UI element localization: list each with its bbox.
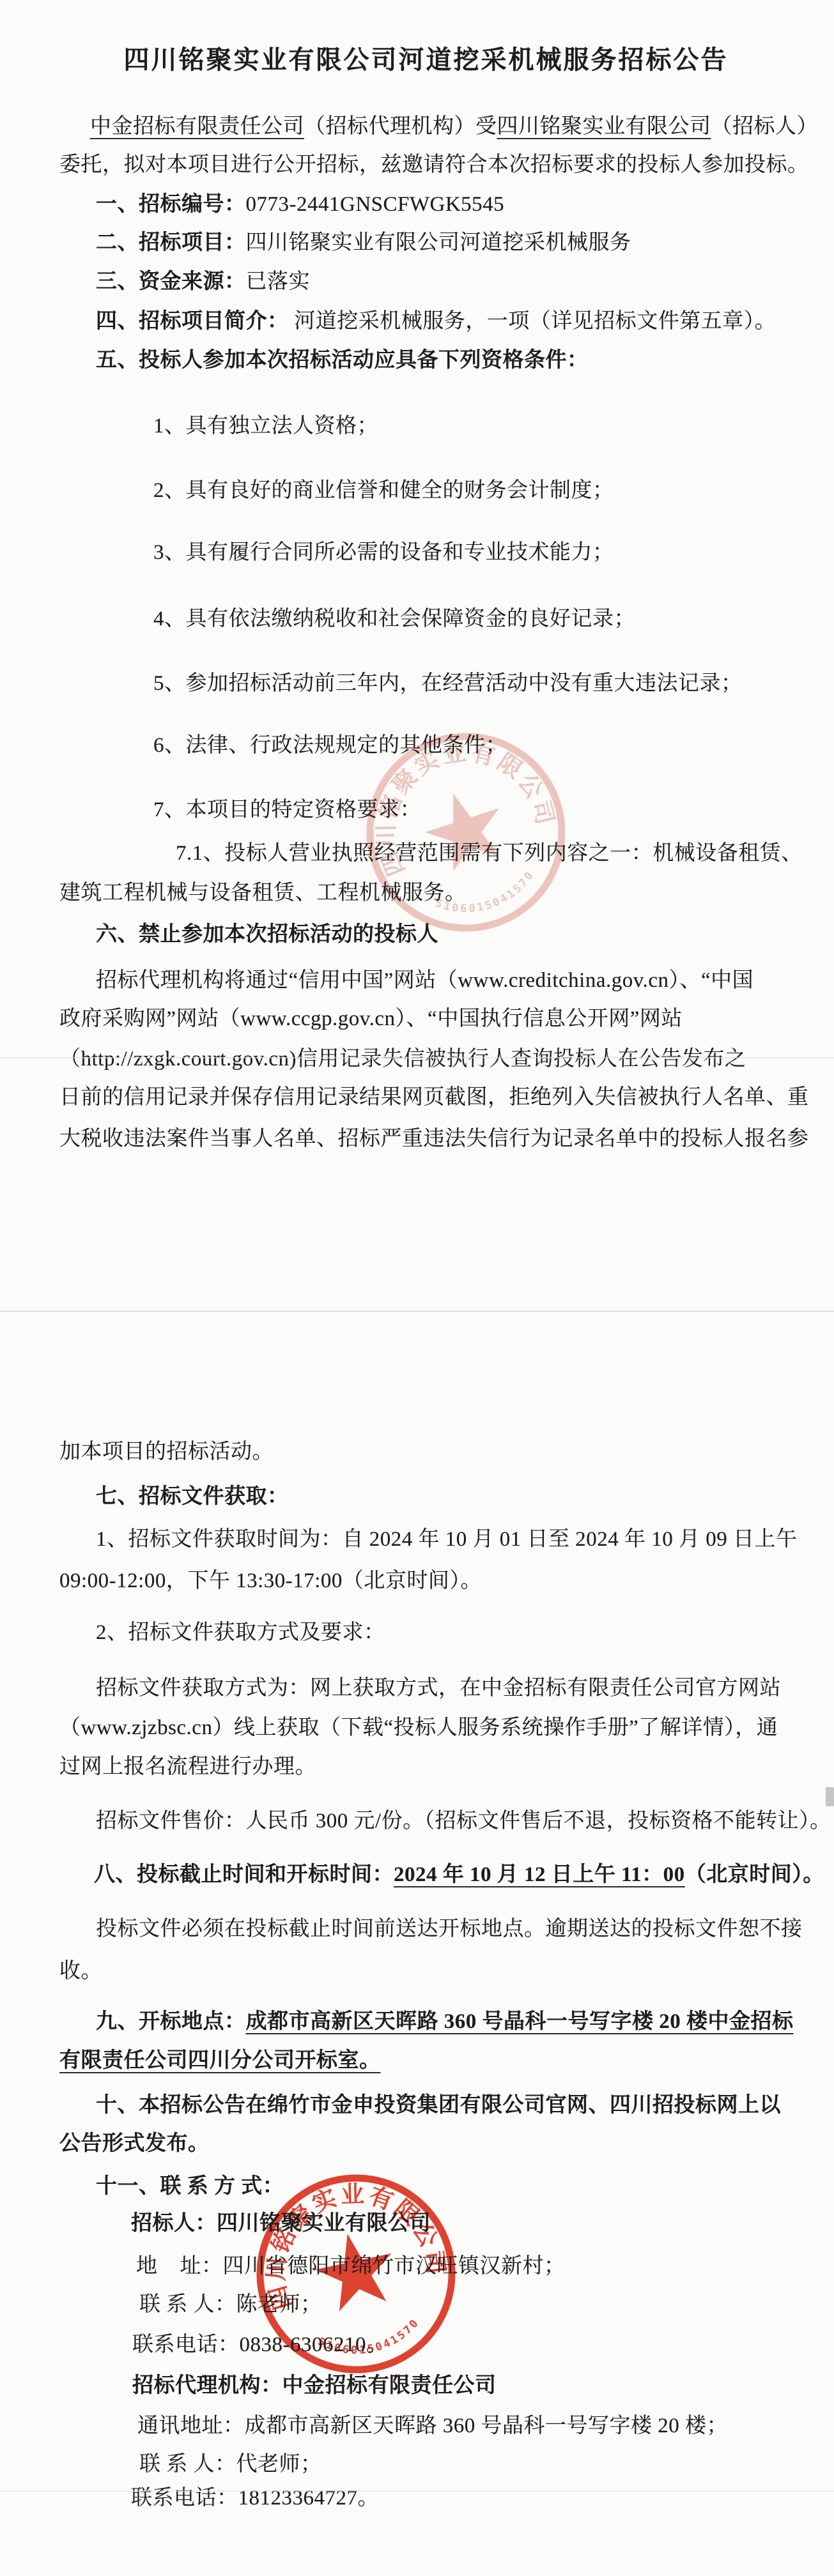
contact-agency-phone: 联系电话：18123364727。 xyxy=(131,2485,379,2511)
section7-method-line-2: （www.zjzbsc.cn）线上获取（下载“投标人服务系统操作手册”了解详情）… xyxy=(59,1715,778,1741)
section9-address-1: 成都市高新区天晖路 360 号晶科一号写字楼 20 楼中金招标 xyxy=(246,2010,794,2033)
section7-time-line-1: 1、招标文件获取时间为：自 2024 年 10 月 01 日至 2024 年 1… xyxy=(96,1527,798,1553)
section9-venue-line-2: 有限责任公司四川分公司开标室。 xyxy=(59,2048,381,2074)
contact-agency-address: 通讯地址：成都市高新区天晖路 360 号晶科一号写字楼 20 楼； xyxy=(137,2413,728,2439)
tenderer-name: 四川铭聚实业有限公司 xyxy=(497,115,711,138)
contact-tenderer: 招标人：四川铭聚实业有限公司 xyxy=(131,2211,431,2237)
intro-mid: （招标代理机构）受 xyxy=(304,115,497,138)
section9-venue-line-1: 九、开标地点：成都市高新区天晖路 360 号晶科一号写字楼 20 楼中金招标 xyxy=(96,2009,794,2035)
qualification-7: 7、本项目的特定资格要求： xyxy=(153,797,421,823)
section7-heading: 七、招标文件获取： xyxy=(96,1484,289,1510)
section6-heading: 六、禁止参加本次招标活动的投标人 xyxy=(96,922,438,948)
section10-line-1: 十、本招标公告在绵竹市金申投资集团有限公司官网、四川招投标网上以 xyxy=(96,2092,781,2119)
intro-line-1: 中金招标有限责任公司（招标代理机构）受四川铭聚实业有限公司（招标人） xyxy=(90,114,818,140)
scan-artifact-line xyxy=(0,1311,834,1312)
section7-method-line-3: 过网上报名流程进行办理。 xyxy=(59,1754,316,1780)
section8-deadline: 2024 年 10 月 12 日上午 11：00 xyxy=(394,1863,685,1886)
item-value: 河道挖采机械服务，一项（详见招标文件第五章）。 xyxy=(289,310,776,333)
section8-label: 八、投标截止时间和开标时间： xyxy=(94,1863,394,1886)
scanned-tender-announcement: { "page": { "background": "#fbfbf9", "in… xyxy=(0,0,834,2576)
contact-address: 地 址：四川省德阳市绵竹市汉旺镇汉新村； xyxy=(136,2253,566,2280)
qualification-4: 4、具有依法缴纳税收和社会保障资金的良好记录； xyxy=(153,606,635,632)
section7-time-line-2: 09:00-12:00，下午 13:30-17:00（北京时间）。 xyxy=(59,1568,482,1594)
item-value: 四川铭聚实业有限公司河道挖采机械服务 xyxy=(246,231,631,254)
item-fund-source: 三、资金来源：已落实 xyxy=(96,269,310,295)
page-title: 四川铭聚实业有限公司河道挖采机械服务招标公告 xyxy=(0,40,834,76)
contact-person: 联 系 人：陈老师； xyxy=(139,2292,322,2318)
section11-heading: 十一、联 系 方 式： xyxy=(96,2174,284,2200)
item-label: 三、资金来源： xyxy=(96,270,246,293)
item-value: 0773-2441GNSCFWGK5545 xyxy=(246,193,505,216)
qualification-3: 3、具有履行合同所必需的设备和专业技术能力； xyxy=(153,540,614,566)
section7-method-line-1: 招标文件获取方式为：网上获取方式，在中金招标有限责任公司官方网站 xyxy=(96,1675,781,1702)
section7-method-heading: 2、招标文件获取方式及要求： xyxy=(96,1620,385,1646)
contact-agency-person: 联 系 人：代老师； xyxy=(139,2451,322,2478)
section6-paragraph-line-5: 大税收违法案件当事人名单、招标严重违法失信行为记录名单中的投标人报名参 xyxy=(59,1126,809,1152)
section10-line-2: 公告形式发布。 xyxy=(59,2131,210,2157)
agency-name: 中金招标有限责任公司 xyxy=(90,115,304,138)
item-project-brief: 四、招标项目简介： 河道挖采机械服务，一项（详见招标文件第五章）。 xyxy=(96,309,776,335)
section8-note-line-1: 投标文件必须在投标截止时间前送达开标地点。逾期送达的投标文件恕不接 xyxy=(96,1916,803,1942)
section6-paragraph-line-6: 加本项目的招标活动。 xyxy=(59,1439,274,1465)
qualification-2: 2、具有良好的商业信誉和健全的财务会计制度； xyxy=(153,478,614,504)
item-label: 二、招标项目： xyxy=(96,231,246,254)
item-qualification-heading: 五、投标人参加本次招标活动应具备下列资格条件： xyxy=(96,347,589,374)
section6-paragraph-line-1: 招标代理机构将通过“信用中国”网站（www.creditchina.gov.cn… xyxy=(96,968,753,994)
section8-tail: （北京时间）。 xyxy=(685,1863,824,1886)
scan-smudge xyxy=(826,1787,834,1806)
item-value: 已落实 xyxy=(246,270,311,293)
scan-artifact-line xyxy=(0,1057,834,1058)
intro-line-2: 委托，拟对本项目进行公开招标，兹邀请符合本次招标要求的投标人参加投标。 xyxy=(59,152,809,178)
intro-tail: （招标人） xyxy=(711,115,819,138)
scan-artifact-line xyxy=(0,2490,834,2492)
section6-paragraph-line-4: 日前的信用记录并保存信用记录结果网页截图，拒绝列入失信被执行人名单、重 xyxy=(59,1085,809,1111)
qualification-5: 5、参加招标活动前三年内，在经营活动中没有重大违法记录； xyxy=(153,671,743,697)
section6-paragraph-line-2: 政府采购网”网站（www.ccgp.gov.cn）、“中国执行信息公开网”网站 xyxy=(59,1006,683,1032)
section8-note-line-2: 收。 xyxy=(59,1958,102,1985)
contact-phone: 联系电话：0838-6306210。 xyxy=(132,2332,388,2358)
contact-agency: 招标代理机构：中金招标有限责任公司 xyxy=(132,2373,497,2399)
section7-price: 招标文件售价：人民币 300 元/份。（招标文件售后不退，投标资格不能转让）。 xyxy=(96,1808,831,1834)
section6-paragraph-line-3: （http://zxgk.court.gov.cn)信用记录失信被执行人查询投标… xyxy=(59,1046,746,1072)
item-tender-number: 一、招标编号：0773-2441GNSCFWGK5545 xyxy=(96,192,504,218)
qualification-1: 1、具有独立法人资格； xyxy=(153,413,378,439)
item-label: 四、招标项目简介： xyxy=(96,310,289,333)
qualification-6: 6、法律、行政法规规定的其他条件； xyxy=(153,733,507,759)
qualification-7-1-line-1: 7.1、投标人营业执照经营范围需有下列内容之一：机械设备租赁、 xyxy=(176,841,803,867)
item-label: 一、招标编号： xyxy=(96,193,246,216)
qualification-7-1-line-2: 建筑工程机械与设备租赁、工程机械服务。 xyxy=(59,880,467,906)
section9-address-2: 有限责任公司四川分公司开标室。 xyxy=(59,2049,381,2072)
section9-label: 九、开标地点： xyxy=(96,2010,246,2033)
section8-deadline-line: 八、投标截止时间和开标时间：2024 年 10 月 12 日上午 11：00（北… xyxy=(94,1862,824,1888)
item-tender-project: 二、招标项目：四川铭聚实业有限公司河道挖采机械服务 xyxy=(96,230,631,256)
